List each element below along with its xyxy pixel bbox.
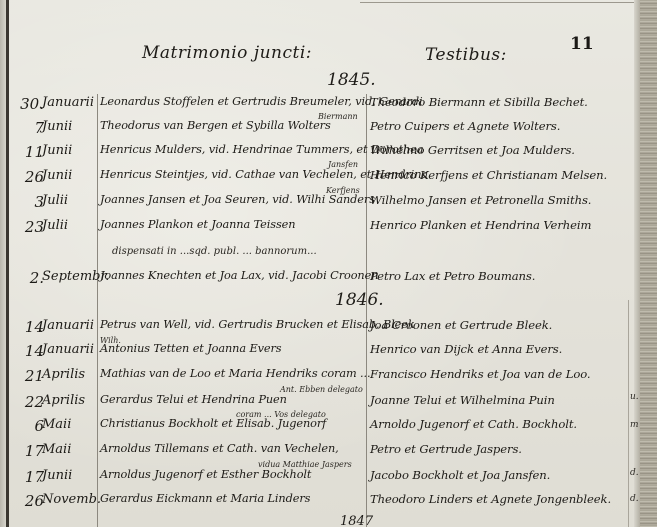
- entry-month: Januarii: [42, 95, 94, 110]
- entry-day: 26: [18, 492, 44, 510]
- entry-month: Maii: [42, 417, 71, 432]
- register-entry: 2. Septembr. Joannes Knechten et Joa Lax…: [0, 269, 657, 293]
- entry-day: 14: [18, 342, 44, 360]
- entry-month: Aprilis: [42, 367, 85, 382]
- entry-witnesses: Theodoro Biermann et Sibilla Bechet.: [370, 95, 588, 109]
- marriages-header: Matrimonio juncti:: [142, 43, 312, 63]
- register-entry: 23 Julii Joannes Plankon et Joanna Teiss…: [0, 218, 657, 242]
- entry-couple: Petrus van Well, vid. Gertrudis Brucken …: [100, 318, 415, 331]
- entry-month: Julii: [42, 193, 68, 208]
- entry-day: 2.: [18, 269, 44, 287]
- margin-mark: u.: [630, 392, 639, 402]
- entry-couple: Mathias van de Loo et Maria Hendriks cor…: [100, 367, 371, 380]
- entry-witnesses: Petro et Gertrude Jaspers.: [370, 442, 522, 456]
- entry-couple: Arnoldus Tillemans et Cath. van Vechelen…: [100, 442, 339, 455]
- entry-couple: Gerardus Telui et Hendrina Puen: [100, 393, 287, 406]
- entry-month: Junii: [42, 143, 72, 158]
- year-heading-1847: 1847: [340, 514, 373, 527]
- entry-witnesses: Jacobo Bockholt et Joa Jansfen.: [370, 468, 550, 482]
- entry-couple: Arnoldus Jugenorf et Esther Bockholt: [100, 468, 311, 481]
- entry-couple: Joannes Plankon et Joanna Teissen: [100, 218, 295, 231]
- entry-day: 21: [18, 367, 44, 385]
- entry-month: Novemb.: [42, 492, 101, 507]
- entry-annotation: dispensati in ...sqd. publ. ... bannorum…: [112, 246, 317, 257]
- entry-couple: Joannes Jansen et Joa Seuren, vid. Wilhi…: [100, 193, 375, 206]
- register-entry: 14 Januarii Petrus van Well, vid. Gertru…: [0, 318, 657, 342]
- top-rule: [360, 2, 638, 3]
- year-heading-1845: 1845.: [327, 70, 376, 90]
- register-entry: 17 Junii Arnoldus Jugenorf et Esther Boc…: [0, 468, 657, 492]
- margin-mark: d.: [630, 468, 639, 478]
- entry-witnesses: Petro Cuipers et Agnete Wolters.: [370, 119, 560, 133]
- entry-day: 23: [18, 218, 44, 236]
- register-entry: 6 Maii Christianus Bockholt et Elisab. J…: [0, 417, 657, 441]
- entry-witnesses: Petro Lax et Petro Boumans.: [370, 269, 535, 283]
- entry-day: 26: [18, 168, 44, 186]
- entry-witnesses: Henrico van Dijck et Anna Evers.: [370, 342, 562, 356]
- register-entry: 3 Julii Joannes Jansen et Joa Seuren, vi…: [0, 193, 657, 217]
- entry-month: Maii: [42, 442, 71, 457]
- entry-month: Julii: [42, 218, 68, 233]
- entry-day: 6: [18, 417, 44, 435]
- entry-month: Junii: [42, 119, 72, 134]
- entry-couple: Gerardus Eickmann et Maria Linders: [100, 492, 310, 505]
- year-heading-1846: 1846.: [335, 290, 384, 310]
- register-page: Matrimonio juncti: Testibus: 11 1845. 30…: [0, 0, 657, 527]
- entry-witnesses: Henrico Kerfjens et Christianam Melsen.: [370, 168, 607, 182]
- entry-witnesses: Wilhelmo Jansen et Petronella Smiths.: [370, 193, 591, 207]
- entry-witnesses: Theodoro Linders et Agnete Jongenbleek.: [370, 492, 611, 506]
- entry-witnesses: Henrico Planken et Hendrina Verheim: [370, 218, 591, 232]
- entry-witnesses: Arnoldo Jugenorf et Cath. Bockholt.: [370, 417, 577, 431]
- witnesses-header: Testibus:: [425, 45, 507, 65]
- entry-couple: Antonius Tetten et Joanna Evers: [100, 342, 281, 355]
- margin-mark: d.: [630, 494, 639, 504]
- entry-witnesses: Joanne Telui et Wilhelmina Puin: [370, 393, 555, 407]
- entry-month: Junii: [42, 168, 72, 183]
- page-number: 11: [570, 34, 594, 54]
- entry-month: Januarii: [42, 342, 94, 357]
- entry-witnesses: Francisco Hendriks et Joa van de Loo.: [370, 367, 591, 381]
- entry-month: Junii: [42, 468, 72, 483]
- entry-couple: Joannes Knechten et Joa Lax, vid. Jacobi…: [100, 269, 378, 282]
- entry-couple: Theodorus van Bergen et Sybilla Wolters: [100, 119, 331, 132]
- entry-day: 30.: [18, 95, 44, 113]
- register-entry: 26 Novemb. Gerardus Eickmann et Maria Li…: [0, 492, 657, 516]
- entry-day: 3: [18, 193, 44, 211]
- register-entry: 14 Januarii Antonius Tetten et Joanna Ev…: [0, 342, 657, 366]
- entry-day: 11: [18, 143, 44, 161]
- entry-month: Aprilis: [42, 393, 85, 408]
- register-entry: 7 Junii Theodorus van Bergen et Sybilla …: [0, 119, 657, 143]
- entry-witnesses: Wilhelmo Gerritsen et Joa Mulders.: [370, 143, 575, 157]
- margin-mark: m: [630, 420, 639, 430]
- entry-day: 22: [18, 393, 44, 411]
- entry-day: 17: [18, 442, 44, 460]
- entry-couple: Christianus Bockholt et Elisab. Jugenorf: [100, 417, 326, 430]
- entry-day: 7: [18, 119, 44, 137]
- register-entry: 22 Aprilis Gerardus Telui et Hendrina Pu…: [0, 393, 657, 417]
- entry-month: Januarii: [42, 318, 94, 333]
- entry-day: 17: [18, 468, 44, 486]
- entry-witnesses: Joa Croonen et Gertrude Bleek.: [370, 318, 552, 332]
- entry-day: 14: [18, 318, 44, 336]
